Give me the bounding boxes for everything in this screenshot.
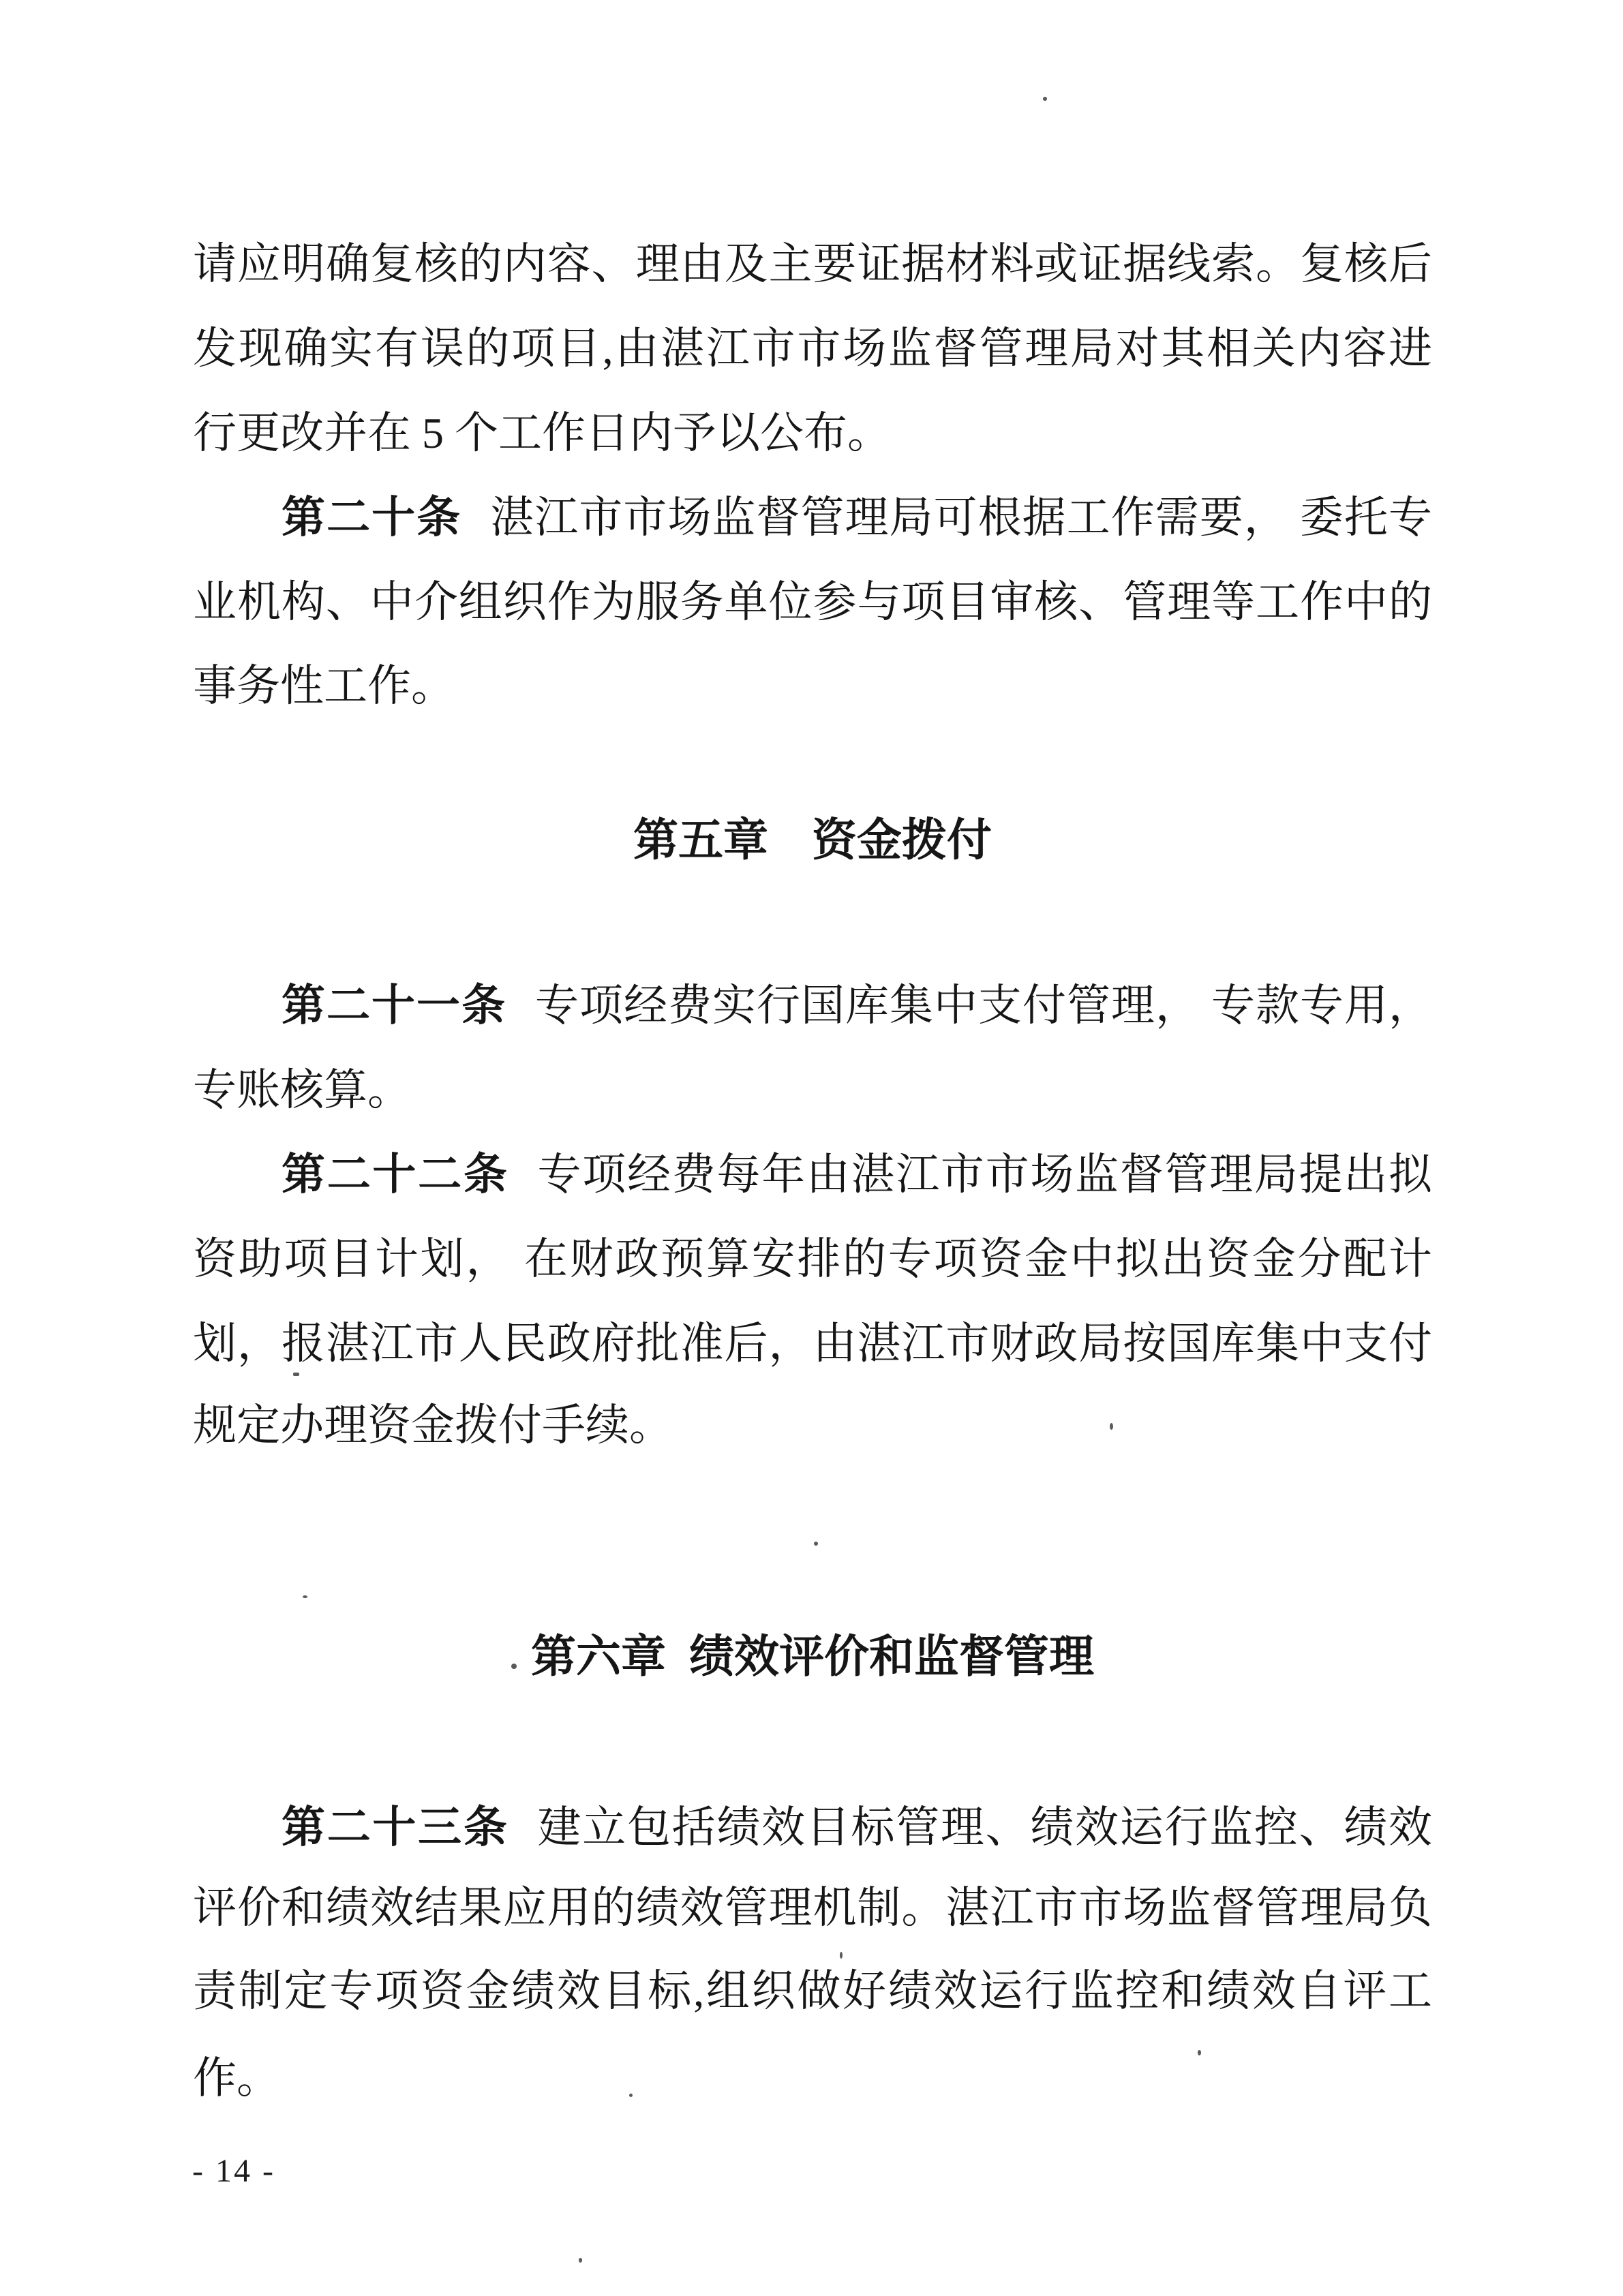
body-line: 规定办理资金拨付手续。 — [193, 1401, 1432, 1450]
scan-speck — [840, 1952, 843, 1959]
article-23-line: 第二十三条建立包括绩效目标管理、绩效运行监控、绩效 — [193, 1803, 1432, 1852]
chapter-5-heading: 第五章资金拨付 — [193, 816, 1432, 866]
body-line: 请应明确复核的内容、理由及主要证据材料或证据线索。复核后 — [193, 240, 1432, 289]
body-line: 业机构、中介组织作为服务单位参与项目审核、管理等工作中的 — [193, 578, 1432, 627]
scan-speck — [629, 2094, 633, 2097]
scan-speck — [814, 1542, 818, 1546]
chapter-6-number: 第六章 — [531, 1632, 666, 1682]
article-22-line: 第二十二条专项经费每年由湛江市市场监督管理局提出拟 — [193, 1150, 1432, 1199]
article-21-number: 第二十一条 — [282, 981, 506, 1030]
article-21-line: 第二十一条专项经费实行国库集中支付管理， 专款专用， — [193, 981, 1432, 1030]
body-line: 评价和绩效结果应用的绩效管理机制。湛江市市场监督管理局负 — [193, 1884, 1432, 1933]
article-20-number: 第二十条 — [282, 493, 461, 542]
chapter-5-number: 第五章 — [633, 816, 768, 866]
article-21-text: 专项经费实行国库集中支付管理， 专款专用， — [535, 981, 1432, 1030]
article-23-number: 第二十三条 — [282, 1803, 509, 1852]
article-22-number: 第二十二条 — [282, 1150, 509, 1199]
chapter-6-heading: 第六章绩效评价和监督管理 — [193, 1633, 1432, 1683]
article-20-line: 第二十条湛江市市场监督管理局可根据工作需要， 委托专 — [193, 493, 1432, 542]
article-23-text: 建立包括绩效目标管理、绩效运行监控、绩效 — [538, 1803, 1432, 1852]
body-line: 专账核算。 — [193, 1066, 1432, 1115]
article-22-text: 专项经费每年由湛江市市场监督管理局提出拟 — [538, 1150, 1432, 1199]
scan-speck — [303, 1595, 307, 1598]
scan-speck — [293, 1373, 299, 1376]
body-line: 划，报湛江市人民政府批准后，由湛江市财政局按国库集中支付 — [193, 1319, 1432, 1368]
body-line: 资助项目计划， 在财政预算安排的专项资金中拟出资金分配计 — [193, 1235, 1432, 1284]
body-line: 作。 — [193, 2054, 1432, 2103]
scan-speck — [1043, 97, 1047, 101]
body-line: 责制定专项资金绩效目标,组织做好绩效运行监控和绩效自评工 — [193, 1967, 1432, 2016]
body-line: 发现确实有误的项目,由湛江市市场监督管理局对其相关内容进 — [193, 324, 1432, 373]
scanned-document-page: 请应明确复核的内容、理由及主要证据材料或证据线索。复核后 发现确实有误的项目,由… — [0, 0, 1623, 2296]
chapter-6-title: 绩效评价和监督管理 — [689, 1632, 1094, 1682]
scan-speck — [1198, 2050, 1201, 2055]
body-line: 行更改并在 5 个工作日内予以公布。 — [193, 409, 1432, 458]
scan-speck — [579, 2258, 582, 2263]
article-20-text: 湛江市市场监督管理局可根据工作需要， 委托专 — [490, 493, 1432, 542]
scan-speck — [511, 1664, 517, 1669]
page-number: - 14 - — [192, 2152, 275, 2190]
body-line: 事务性工作。 — [193, 662, 1432, 711]
scan-speck — [1110, 1423, 1113, 1430]
chapter-5-title: 资金拨付 — [812, 816, 992, 866]
